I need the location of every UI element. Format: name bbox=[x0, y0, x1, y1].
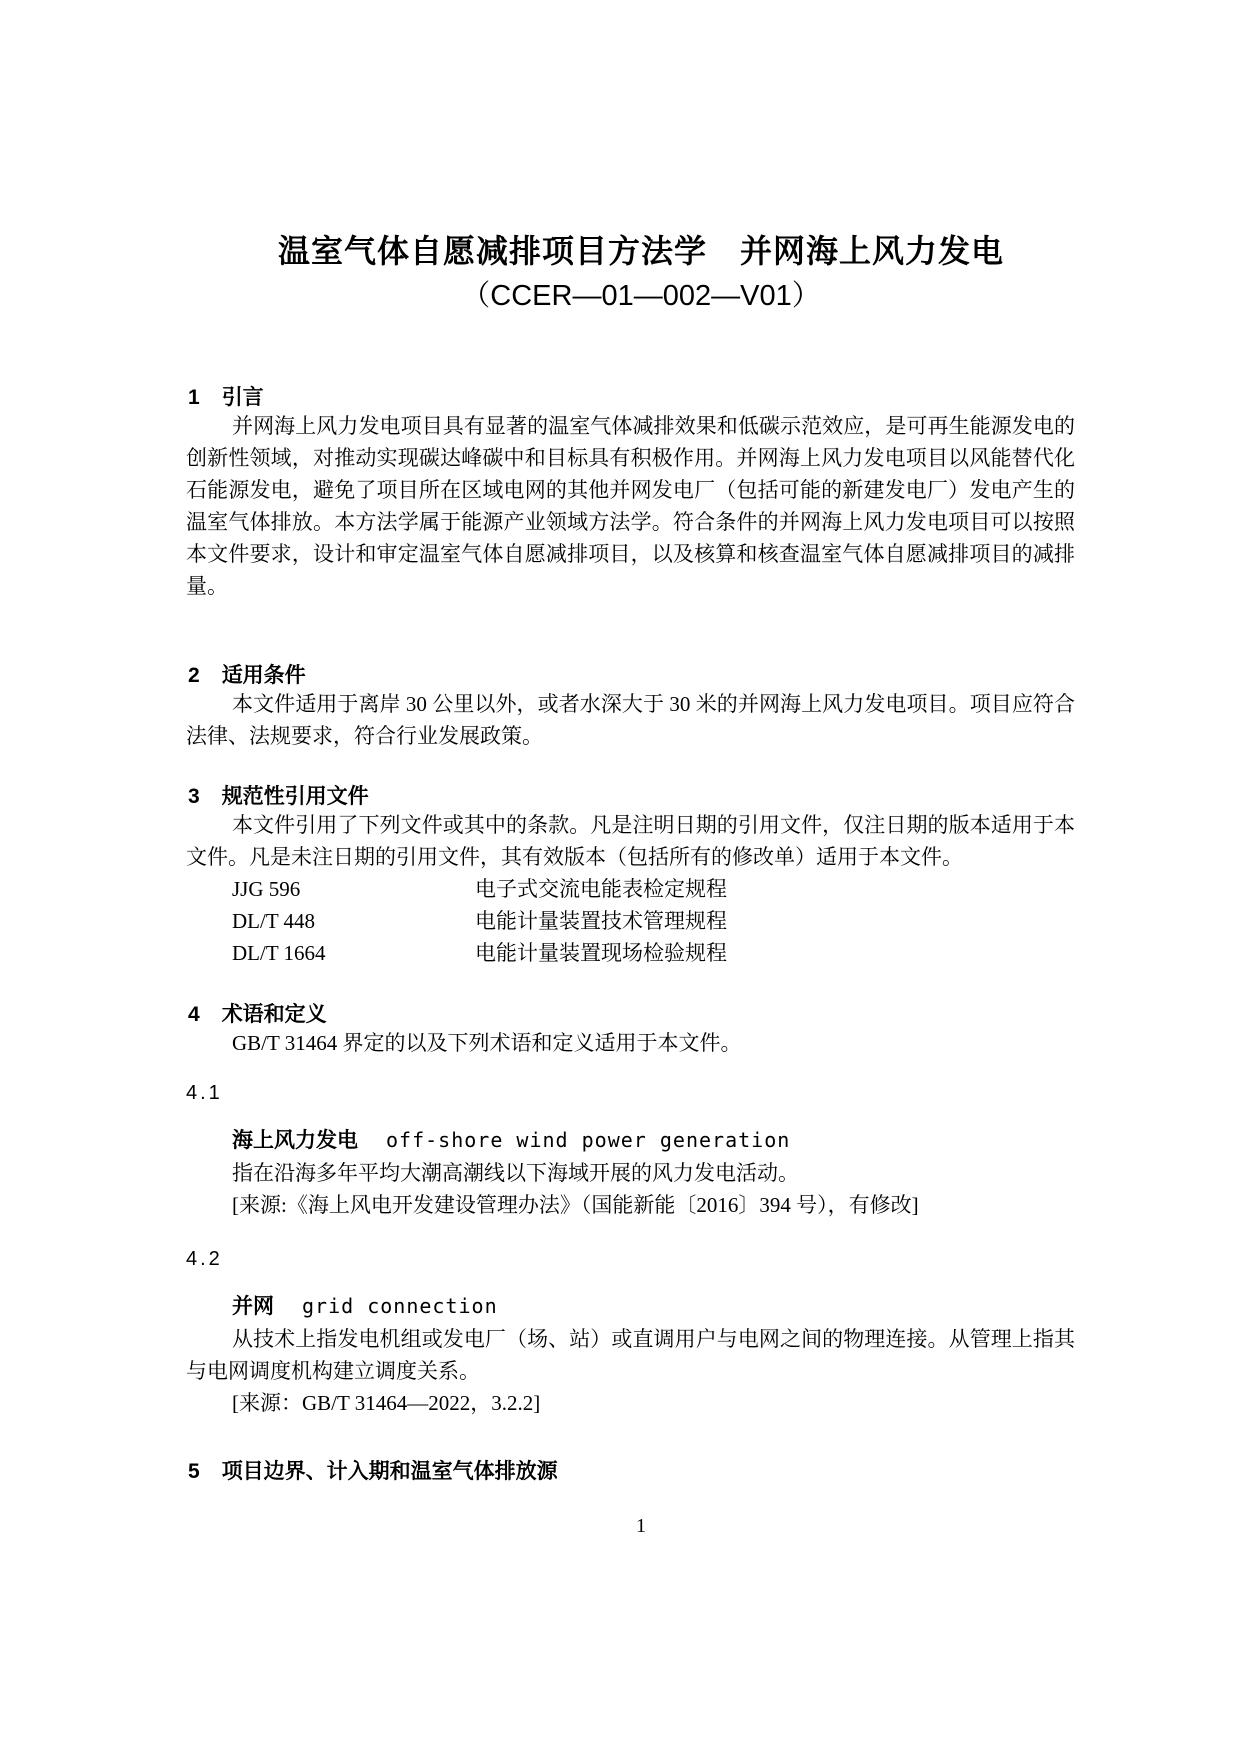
section-4-paragraph: GB/T 31464 界定的以及下列术语和定义适用于本文件。 bbox=[186, 1027, 1075, 1059]
section-2-number: 2 bbox=[188, 664, 200, 688]
reference-name: 电能计量装置技术管理规程 bbox=[475, 905, 1075, 937]
reference-code: JJG 596 bbox=[232, 873, 475, 905]
term-source: [来源：GB/T 31464—2022，3.2.2] bbox=[186, 1387, 1075, 1419]
section-4-number: 4 bbox=[188, 1003, 200, 1027]
section-3-number: 3 bbox=[188, 785, 200, 809]
reference-code: DL/T 448 bbox=[232, 905, 475, 937]
term-source: [来源:《海上风电开发建设管理办法》（国能新能〔2016〕394 号），有修改] bbox=[186, 1189, 1075, 1221]
normative-reference-list: JJG 596 电子式交流电能表检定规程 DL/T 448 电能计量装置技术管理… bbox=[186, 873, 1075, 969]
reference-row: DL/T 1664 电能计量装置现场检验规程 bbox=[186, 937, 1075, 969]
document-page: 温室气体自愿减排项目方法学 并网海上风力发电 （CCER—01—002—V01）… bbox=[0, 0, 1240, 1753]
document-content: 温室气体自愿减排项目方法学 并网海上风力发电 （CCER—01—002—V01）… bbox=[0, 228, 1240, 1538]
document-subtitle: （CCER—01—002—V01） bbox=[21, 274, 1240, 318]
section-2-paragraph: 本文件适用于离岸 30 公里以外，或者水深大于 30 米的并网海上风力发电项目。… bbox=[186, 688, 1075, 752]
section-5-title: 项目边界、计入期和温室气体排放源 bbox=[222, 1460, 558, 1484]
section-1-heading: 1 引言 bbox=[186, 386, 1075, 410]
term-block-4-2: 并网 grid connection 从技术上指发电机组或发电厂（场、站）或直调… bbox=[186, 1290, 1075, 1419]
section-3-paragraph: 本文件引用了下列文件或其中的条款。凡是注明日期的引用文件，仅注日期的版本适用于本… bbox=[186, 809, 1075, 873]
section-5-heading: 5 项目边界、计入期和温室气体排放源 bbox=[186, 1460, 1075, 1484]
reference-name: 电子式交流电能表检定规程 bbox=[475, 873, 1075, 905]
term-line: 海上风力发电 off-shore wind power generation bbox=[186, 1124, 1075, 1157]
reference-code: DL/T 1664 bbox=[232, 937, 475, 969]
section-1-number: 1 bbox=[188, 386, 200, 410]
section-3-heading: 3 规范性引用文件 bbox=[186, 785, 1075, 809]
subsection-4-2-number: 4.2 bbox=[186, 1247, 1075, 1271]
subsection-4-1-number: 4.1 bbox=[186, 1081, 1075, 1105]
section-4-title: 术语和定义 bbox=[222, 1003, 327, 1027]
reference-name: 电能计量装置现场检验规程 bbox=[475, 937, 1075, 969]
page-number: 1 bbox=[21, 1514, 1240, 1538]
section-2-title: 适用条件 bbox=[222, 664, 306, 688]
term-english: off-shore wind power generation bbox=[386, 1124, 790, 1156]
term-chinese: 海上风力发电 bbox=[232, 1125, 358, 1157]
section-1-title: 引言 bbox=[222, 386, 264, 410]
section-1-paragraph: 并网海上风力发电项目具有显著的温室气体减排效果和低碳示范效应，是可再生能源发电的… bbox=[186, 410, 1075, 602]
document-title: 温室气体自愿减排项目方法学 并网海上风力发电 bbox=[21, 228, 1240, 274]
section-5-number: 5 bbox=[188, 1460, 200, 1484]
term-english: grid connection bbox=[302, 1290, 498, 1322]
term-chinese: 并网 bbox=[232, 1291, 274, 1323]
term-definition: 指在沿海多年平均大潮高潮线以下海域开展的风力发电活动。 bbox=[186, 1157, 1075, 1189]
section-2-heading: 2 适用条件 bbox=[186, 664, 1075, 688]
reference-row: DL/T 448 电能计量装置技术管理规程 bbox=[186, 905, 1075, 937]
reference-row: JJG 596 电子式交流电能表检定规程 bbox=[186, 873, 1075, 905]
section-4-heading: 4 术语和定义 bbox=[186, 1003, 1075, 1027]
term-line: 并网 grid connection bbox=[186, 1290, 1075, 1323]
section-3-title: 规范性引用文件 bbox=[222, 785, 369, 809]
term-block-4-1: 海上风力发电 off-shore wind power generation 指… bbox=[186, 1124, 1075, 1221]
term-definition: 从技术上指发电机组或发电厂（场、站）或直调用户与电网之间的物理连接。从管理上指其… bbox=[186, 1323, 1075, 1387]
